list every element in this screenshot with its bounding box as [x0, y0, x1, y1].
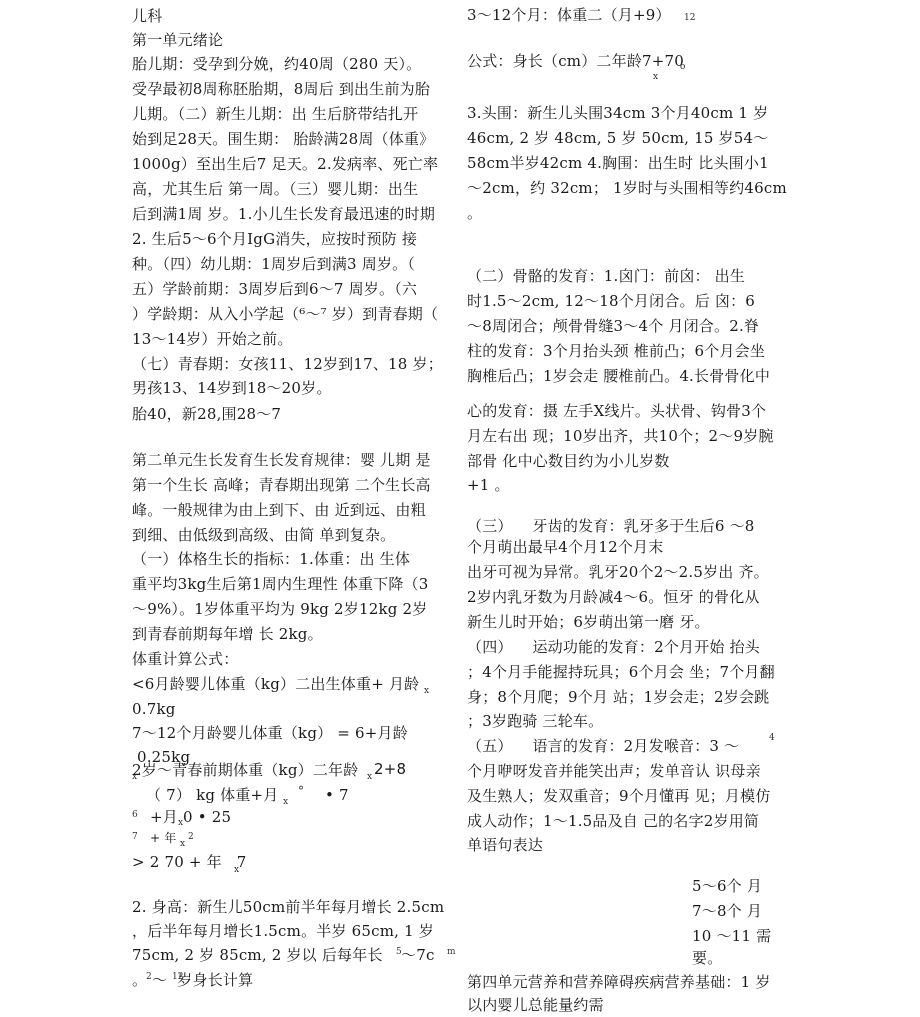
formula-line: <6月龄婴儿体重（kg）二出生体重+ 月龄 — [132, 675, 419, 693]
paragraph-line: 部骨 化中心数目约为小儿岁数 — [467, 452, 670, 470]
paragraph-line: 13～14岁）开始之前。 — [132, 330, 293, 348]
multiply-mark: x — [424, 686, 429, 696]
paragraph-line: 峰。一般规律为由上到下、由 近到远、由粗 — [132, 501, 426, 519]
paragraph-line: ～9%）。1岁体重平均为 9kg 2岁12kg 2岁 — [132, 600, 427, 618]
paragraph-line: 第一个生长 高峰；青春期出现第 二个生长高 — [132, 476, 431, 494]
paragraph-line: ；3岁跑骑 三轮车。 — [467, 712, 603, 730]
paragraph-line: 儿期。（二）新生儿期：出 生后脐带结扎开 — [132, 105, 418, 123]
formula-line: 7～12个月龄婴儿体重（kg） = 6+月龄 — [132, 724, 408, 742]
multiply-mark: x — [234, 865, 239, 875]
paragraph-line: 始到足28天。围生期： 胎龄满28周（体重》 — [132, 130, 434, 148]
paragraph-line: 胸椎后凸；1岁会走 腰椎前凸。4.长骨骨化中 — [467, 367, 770, 385]
unit-heading: 第四单元营养和营养障碍疾病营养基础：1 岁 — [467, 973, 771, 991]
paragraph-line: 男孩13、14岁到18～20岁。 — [132, 379, 332, 397]
paragraph-line: （三） 牙齿的发育：乳牙多于生后6 ～8 — [467, 517, 755, 535]
paragraph-line: 。 — [467, 204, 482, 222]
paragraph-line: 柱的发育：3个月抬头颈 椎前凸；6个月会坐 — [467, 342, 765, 360]
formula-fragment: o — [680, 62, 685, 72]
formula-fragment: 12 — [172, 972, 183, 982]
formula-line: 公式：身长（cm）二年龄7+70 — [467, 52, 684, 70]
paragraph-line: 后到满1周 岁。1.小儿生长发育最迅速的时期 — [132, 205, 435, 223]
formula-fragment: 2+8 — [374, 760, 406, 778]
paragraph-line: 到细、由低级到高级、由简 单到复杂。 — [132, 526, 395, 544]
formula-line: 2岁～青春前期体重（kg）二年龄 — [132, 761, 358, 779]
paragraph-line: 单语句表达 — [467, 836, 543, 854]
paragraph-line: 五）学龄前期：3周岁后到6～7 周岁。（六 — [132, 280, 417, 298]
multiply-mark: x — [367, 772, 372, 782]
formula-fragment: • 7 — [325, 786, 349, 804]
paragraph-line: 58cm半岁42cm 4.胸围：出生时 比头围小1 — [467, 154, 769, 172]
paragraph-line: 种。（四）幼儿期：1周岁后到满3 周岁。（ — [132, 255, 415, 273]
paragraph-line: ；4个月手能握持玩具；6个月会 坐；7个月翻 — [467, 663, 775, 681]
formula-fragment: 2 — [188, 832, 194, 842]
formula-line: > 2 70 + 年 7 — [132, 853, 247, 871]
paragraph-line: 出牙可视为异常。乳牙20个2～2.5岁出 齐。 — [467, 563, 769, 581]
paragraph-line: +1 。 — [467, 476, 510, 494]
unit-heading: 第一单元绪论 — [132, 31, 223, 49]
formula-line: （ 7） kg 体重+月 — [146, 786, 279, 804]
formula-line: +月 — [150, 808, 178, 826]
formula-fragment: ～7c — [401, 946, 435, 964]
paragraph-line: 7～8个 月 — [692, 902, 762, 920]
paragraph-line: 受孕最初8周称胚胎期，8周后 到出生前为胎 — [132, 80, 430, 98]
paragraph-line: 心的发育：摄 左手X线片。头状骨、钩骨3个 — [467, 402, 766, 420]
paragraph-line: 胎儿期：受孕到分娩，约40周（280 天）。 — [132, 55, 421, 73]
degree-mark: ° — [298, 786, 304, 796]
paragraph-line: ～8周闭合；颅骨骨缝3～4个 月闭合。2.脊 — [467, 317, 759, 335]
paragraph-line: 要。 — [692, 949, 722, 967]
paragraph-line: 2岁内乳牙数为月龄减4～6。恒牙 的骨化从 — [467, 588, 760, 606]
formula-fragment: 12 — [684, 13, 695, 23]
paragraph-line: （五） 语言的发育：2月发喉音：3 ～ — [467, 737, 739, 755]
formula-line: 0.7kg — [132, 700, 176, 718]
formula-heading: 体重计算公式： — [132, 650, 238, 668]
unit-heading: 第二单元生长发育生长发育规律：婴 儿期 是 — [132, 451, 431, 469]
paragraph-line: 2. 生后5～6个月IgG消失，应按时预防 接 — [132, 230, 417, 248]
paragraph-line: 到青春前期每年增 长 2kg。 — [132, 625, 323, 643]
paragraph-line: 月左右出 现；10岁出齐，共10个；2～9岁腕 — [467, 427, 774, 445]
paragraph-line: 5～6个 月 — [692, 877, 762, 895]
mnemonic-line: 胎40，新28,围28～7 — [132, 405, 281, 423]
formula-fragment: 0 • 25 — [183, 808, 231, 826]
multiply-mark: x — [283, 797, 288, 807]
formula-line: 3～12个月：体重二（月+9） — [467, 6, 671, 24]
multiply-mark: x — [653, 72, 658, 82]
paragraph-line: （二）骨骼的发育：1.囟门：前囟： 出生 — [467, 267, 745, 285]
paragraph-line: 46cm, 2 岁 48cm, 5 岁 50cm, 15 岁54～ — [467, 129, 768, 147]
paragraph-line: ～2cm，约 32cm； 1岁时与头围相等约46cm — [467, 179, 787, 197]
formula-line: + 年 — [150, 829, 176, 847]
paragraph-line: （七）青春期：女孩11、12岁到17、18 岁； — [132, 355, 443, 373]
paragraph-line: 3.头围：新生儿头围34cm 3个月40cm 1 岁 — [467, 104, 768, 122]
formula-fragment: m — [447, 947, 456, 957]
paragraph-line: 身；8个月爬；9个月 站；1岁会走；2岁会跳 — [467, 688, 769, 706]
paragraph-line: ，后半年每月增长1.5cm。半岁 65cm, 1 岁 — [132, 922, 434, 940]
paragraph-line: 及生熟人；发双重音；9个月懂再 见；月模仿 — [467, 787, 771, 805]
paragraph-line: 高，尤其生后 第一周。（三）婴儿期：出生 — [132, 180, 418, 198]
formula-fragment: 6 — [132, 810, 138, 820]
paragraph-line: 新生儿时开始；6岁萌出第一磨 牙。 — [467, 613, 710, 631]
doc-title: 儿科 — [132, 7, 162, 25]
paragraph-line: 时1.5～2cm, 12～18个月闭合。后 囟：6 — [467, 292, 755, 310]
paragraph-line: 个月萌出最早4个月12个月末 — [467, 538, 663, 556]
paragraph-line: （一）体格生长的指标：1.体重：出 生体 — [132, 550, 410, 568]
formula-fragment: 4 — [769, 733, 775, 743]
paragraph-line: 75cm, 2 岁 85cm, 2 岁以 后每年长 — [132, 946, 383, 964]
paragraph-line: 成人动作；1～1.5品及自 己的名字2岁用简 — [467, 812, 759, 830]
formula-fragment: 2 — [146, 972, 152, 982]
paragraph-line: 1000g）至出生后7 足天。2.发病率、死亡率 — [132, 155, 438, 173]
paragraph-line: 10 ～11 需 — [692, 927, 771, 945]
paragraph-line: 以内婴儿总能量约需 — [467, 996, 604, 1014]
formula-fragment: 7 — [132, 832, 138, 842]
paragraph-line: 重平均3kg生后第1周内生理性 体重下降（3 — [132, 575, 429, 593]
paragraph-line: （四） 运动功能的发育：2个月开始 抬头 — [467, 638, 760, 656]
paragraph-line: ）学龄期：从入小学起（⁶～⁷ 岁）到青春期（ — [132, 305, 438, 323]
paragraph-line: 个月咿呀发音并能笑出声；发单音认 识母亲 — [467, 762, 761, 780]
multiply-mark: x — [180, 839, 185, 849]
paragraph-line: 2. 身高：新生儿50cm前半年每月增长 2.5cm — [132, 898, 444, 916]
